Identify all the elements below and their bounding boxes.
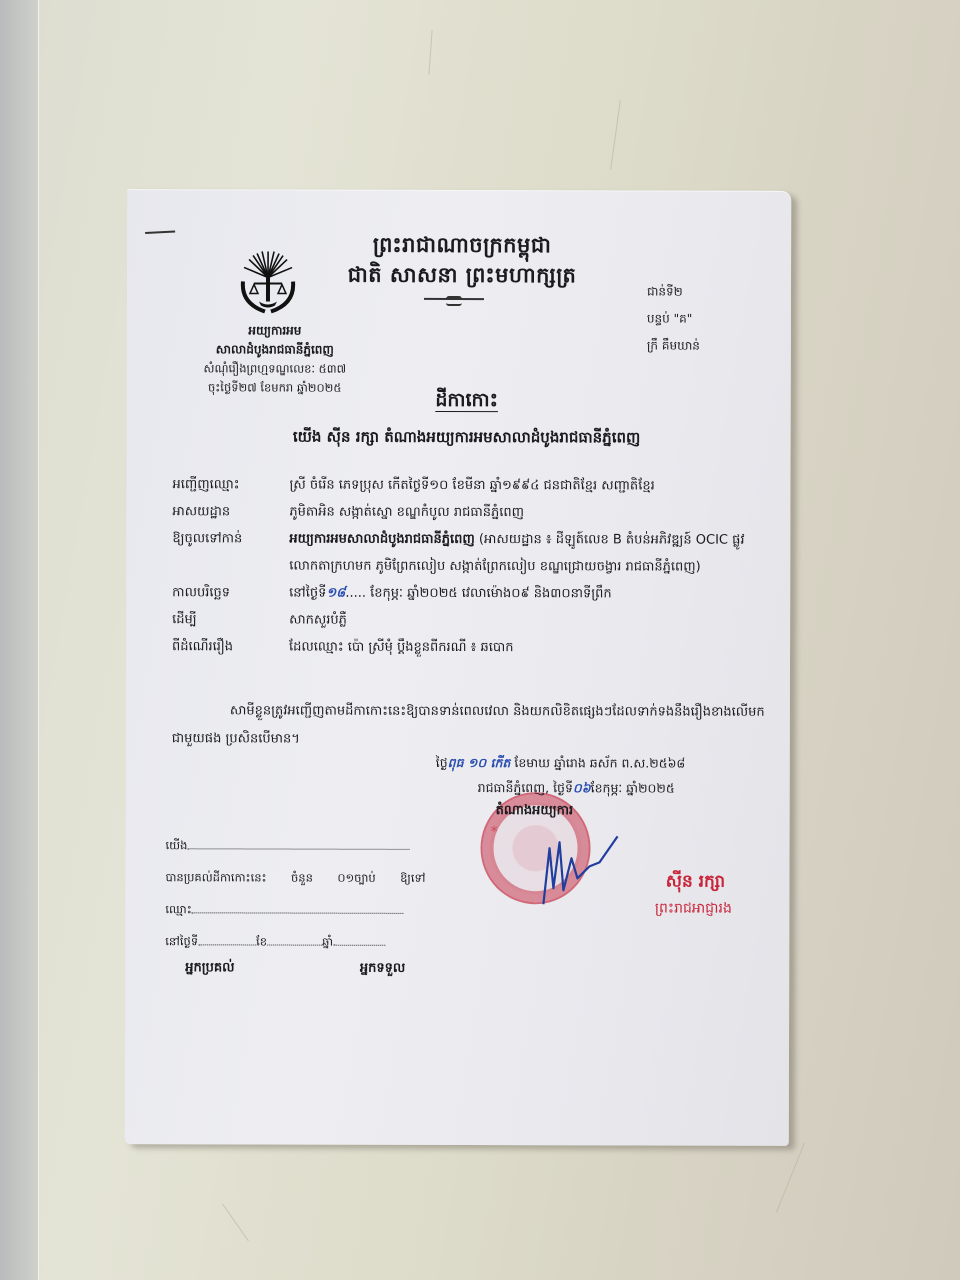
table-scratch xyxy=(610,100,621,169)
day-label: នៅថ្ងៃទី xyxy=(165,934,198,948)
field-value: ភូមិតាអិន សង្កាត់ស្នោ ខណ្ឌកំបូល រាជធានីភ… xyxy=(289,499,772,527)
issue-date-line: រាជធានីភ្នំពេញ, ថ្ងៃទី០៦ខែកុម្ភៈ ឆ្នាំ២០… xyxy=(478,780,768,800)
table-scratch xyxy=(776,1143,805,1213)
room-label: បន្ទប់ "គ" xyxy=(647,305,747,332)
organization-block: អយ្យការអម សាលាដំបូងរាជធានីភ្នំពេញ សំណុំរ… xyxy=(175,321,375,398)
blank-line xyxy=(267,934,322,946)
handwritten-lunar-day: ពុធ ១០ កើត xyxy=(448,755,511,770)
document-title: ដីកាកោះ xyxy=(397,388,537,416)
handwritten-day: ១៨ xyxy=(326,586,345,601)
issue-suffix: ខែកុម្ភៈ ឆ្នាំ២០២៥ xyxy=(591,780,675,795)
case-date: ចុះថ្ងៃទី២៧ ខែមករា ឆ្នាំ២០២៥ xyxy=(175,378,375,398)
count-label: ចំនួន xyxy=(291,862,313,894)
signature-icon xyxy=(537,828,637,906)
field-value: ដែលឈ្មោះ ប៉ោ ស្រីមុំ ប្តឹងខ្លួនពីករណី ៖ … xyxy=(289,634,772,662)
field-label: ដើម្បី xyxy=(172,606,289,633)
ornament-divider xyxy=(424,298,484,300)
clerk-name: ក្រឹ គឹមឃាន់ xyxy=(647,332,747,359)
destination-office: អយ្យការអមសាលាដំបូងរាជធានីភ្នំពេញ xyxy=(289,532,474,547)
organization-name: អយ្យការអម xyxy=(175,321,375,341)
receipt-date-line: នៅថ្ងៃទីខែឆ្នាំ xyxy=(165,925,425,958)
name-label: ឈ្មោះ xyxy=(165,902,191,916)
case-number: សំណុំរឿងព្រហ្មទណ្ឌលេខៈ ៥៣៧ xyxy=(175,359,375,379)
motto-line: ជាតិ សាសនា ព្រះមហាក្សត្រ xyxy=(327,260,597,291)
receipt-name-line: ឈ្មោះ xyxy=(165,893,425,926)
field-row-purpose: ដើម្បី សាកសួរបំភ្លឺ xyxy=(172,606,772,635)
court-emblem-icon xyxy=(235,247,301,313)
date-prefix: នៅថ្ងៃទី xyxy=(289,586,326,601)
signer-rank: ព្រះរាជអាជ្ញារង xyxy=(623,898,763,919)
summons-fields: អញ្ជើញឈ្មោះ ស្រី ចំរើន ភេទប្រុស កើតថ្ងៃទ… xyxy=(172,471,772,662)
field-label: ឱ្យចូលទៅកាន់ xyxy=(172,525,289,579)
copies-value: ០១ច្បាប់ xyxy=(337,862,375,894)
deliverer-label: អ្នកប្រគល់ xyxy=(185,959,234,978)
signatory-title: តំណាងអយ្យការ xyxy=(496,802,646,821)
summons-document: ព្រះរាជាណាចក្រកម្ពុជា ជាតិ សាសនា ព្រះមហា… xyxy=(125,189,791,1146)
to-label: ឱ្យទៅ xyxy=(400,862,425,894)
field-row-address: អាសយដ្ឋាន ភូមិតាអិន សង្កាត់ស្នោ ខណ្ឌកំបូ… xyxy=(172,498,772,527)
signer-name: ស៊ីន រក្សា xyxy=(635,870,755,895)
issuer-line: យើង ស៊ីន រក្សា តំណាងអយ្យការអមសាលាដំបូងរា… xyxy=(237,427,697,450)
reference-block: ជាន់ទី២ បន្ទប់ "គ" ក្រឹ គឹមឃាន់ xyxy=(647,278,747,359)
court-name: សាលាដំបូងរាជធានីភ្នំពេញ xyxy=(175,340,375,360)
receipt-we-line: យើង xyxy=(165,829,425,862)
date-rest: ..... ខែកុម្ភៈ ឆ្នាំ២០២៥ វេលាម៉ោង០៩ និង៣… xyxy=(345,586,611,602)
receipt-signature-labels: អ្នកប្រគល់ អ្នកទទួល xyxy=(185,959,405,979)
handwritten-issue-day: ០៦ xyxy=(573,780,591,795)
field-label: កាលបរិច្ឆេទ xyxy=(172,579,289,606)
blank-line xyxy=(333,934,385,946)
delivered-label: បានប្រគល់ដីកាកោះនេះ xyxy=(165,861,266,893)
receipt-we-label: យើង xyxy=(166,838,188,852)
field-row-name: អញ្ជើញឈ្មោះ ស្រី ចំរើន ភេទប្រុស កើតថ្ងៃទ… xyxy=(172,471,772,500)
field-value: សាកសួរបំភ្លឺ xyxy=(289,607,772,635)
field-label: អញ្ជើញឈ្មោះ xyxy=(172,471,289,498)
field-value: អយ្យការអមសាលាដំបូងរាជធានីភ្នំពេញ (អាសយដ្… xyxy=(289,526,772,581)
blank-line xyxy=(187,837,409,850)
field-value: ស្រី ចំរើន ភេទប្រុស កើតថ្ងៃទី១០ ខែមីនា ឆ… xyxy=(289,472,772,500)
month-label: ខែ xyxy=(256,934,267,948)
field-value: នៅថ្ងៃទី១៨..... ខែកុម្ភៈ ឆ្នាំ២០២៥ វេលាម… xyxy=(289,580,772,608)
lunar-suffix: ខែមាឃ ឆ្នាំរោង ឆស័ក ព.ស.២៥៦៨ xyxy=(510,755,685,770)
floor-label: ជាន់ទី២ xyxy=(647,278,747,305)
receipt-delivered-line: បានប្រគល់ដីកាកោះនេះ ចំនួន ០១ច្បាប់ ឱ្យទៅ xyxy=(165,861,425,894)
field-label: អាសយដ្ឋាន xyxy=(172,498,289,525)
background-edge xyxy=(0,0,39,1280)
table-scratch xyxy=(428,30,432,75)
lunar-date-line: ថ្ងៃពុធ ១០ កើត ខែមាឃ ឆ្នាំរោង ឆស័ក ព.ស.២… xyxy=(436,755,766,775)
field-row-date: កាលបរិច្ឆេទ នៅថ្ងៃទី១៨..... ខែកុម្ភៈ ឆ្ន… xyxy=(172,579,772,608)
pen-mark xyxy=(145,230,175,233)
field-label: ពីដំណើររឿង xyxy=(172,633,289,660)
year-label: ឆ្នាំ xyxy=(322,935,333,949)
instruction-paragraph: សាមីខ្លួនត្រូវអញ្ជើញតាមដីកាកោះនេះឱ្យបានទ… xyxy=(172,697,772,755)
kingdom-line: ព្រះរាជាណាចក្រកម្ពុជា xyxy=(327,230,597,261)
receipt-section: យើង បានប្រគល់ដីកាកោះនេះ ចំនួន ០១ច្បាប់ ឱ… xyxy=(165,829,425,958)
lunar-prefix: ថ្ងៃ xyxy=(436,755,448,770)
issue-prefix: រាជធានីភ្នំពេញ, ថ្ងៃទី xyxy=(478,780,573,795)
kingdom-header: ព្រះរាជាណាចក្រកម្ពុជា ជាតិ សាសនា ព្រះមហា… xyxy=(327,230,597,291)
recipient-label: អ្នកទទួល xyxy=(360,960,405,979)
blank-line xyxy=(198,933,256,945)
blank-line xyxy=(192,901,404,914)
field-row-case: ពីដំណើររឿង ដែលឈ្មោះ ប៉ោ ស្រីមុំ ប្តឹងខ្ល… xyxy=(172,633,772,662)
table-scratch xyxy=(222,1204,249,1241)
field-row-destination: ឱ្យចូលទៅកាន់ អយ្យការអមសាលាដំបូងរាជធានីភ្… xyxy=(172,525,772,581)
